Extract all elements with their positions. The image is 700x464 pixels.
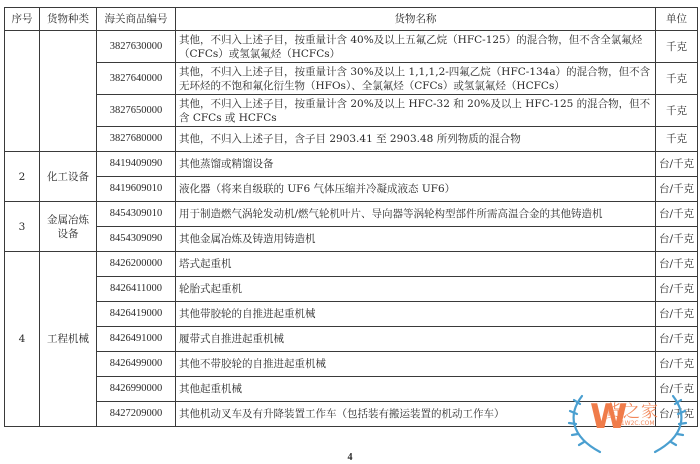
code-cell: 8454309090 xyxy=(97,227,176,252)
header-category: 货物种类 xyxy=(40,8,97,31)
name-cell: 用于制造燃气涡轮发动机/燃气轮机叶片、导向器等涡轮构型部件所需高温合金的其他铸造… xyxy=(176,202,656,227)
header-seq: 序号 xyxy=(5,8,40,31)
header-name: 货物名称 xyxy=(176,8,656,31)
code-cell: 8419609010 xyxy=(97,177,176,202)
seq-cell: 2 xyxy=(5,152,40,202)
name-cell: 其他，不归入上述子目，含子目 2903.41 至 2903.48 所列物质的混合… xyxy=(176,127,656,152)
table-row: 8426419000 其他带胶轮的自推进起重机械 台/千克 xyxy=(5,302,698,327)
code-cell: 8426491000 xyxy=(97,327,176,352)
code-cell: 8426499000 xyxy=(97,352,176,377)
table-row: 8426990000 其他起重机械 台/千克 xyxy=(5,377,698,402)
unit-cell: 台/千克 xyxy=(656,302,698,327)
header-unit: 单位 xyxy=(656,8,698,31)
page-number: 4 xyxy=(0,452,700,463)
unit-cell: 台/千克 xyxy=(656,327,698,352)
table-row: 8427209000 其他机动叉车及有升降装置工作车（包括装有搬运装置的机动工作… xyxy=(5,402,698,427)
name-cell: 其他，不归入上述子目，按重量计含 20%及以上 HFC-32 和 20%及以上 … xyxy=(176,95,656,127)
code-cell: 3827650000 xyxy=(97,95,176,127)
name-cell: 其他机动叉车及有升降装置工作车（包括装有搬运装置的机动工作车） xyxy=(176,402,656,427)
unit-cell: 千克 xyxy=(656,95,698,127)
table-row: 8419609010 液化器（将来自级联的 UF6 气体压缩并冷凝成液态 UF6… xyxy=(5,177,698,202)
code-cell: 8426411000 xyxy=(97,277,176,302)
name-cell: 履带式自推进起重机械 xyxy=(176,327,656,352)
goods-table: 序号 货物种类 海关商品编号 货物名称 单位 3827630000 其他，不归入… xyxy=(4,7,698,427)
code-cell: 3827640000 xyxy=(97,63,176,95)
table-row: 8426491000 履带式自推进起重机械 台/千克 xyxy=(5,327,698,352)
table-row: 3827640000 其他，不归入上述子目，按重量计含 30%及以上 1,1,1… xyxy=(5,63,698,95)
name-cell: 其他，不归入上述子目，按重量计含 40%及以上五氟乙烷（HFC-125）的混合物… xyxy=(176,31,656,63)
code-cell: 8427209000 xyxy=(97,402,176,427)
category-cell xyxy=(40,31,97,152)
table-row: 4 工程机械 8426200000 塔式起重机 台/千克 xyxy=(5,252,698,277)
unit-cell: 台/千克 xyxy=(656,402,698,427)
unit-cell: 台/千克 xyxy=(656,252,698,277)
name-cell: 其他带胶轮的自推进起重机械 xyxy=(176,302,656,327)
unit-cell: 台/千克 xyxy=(656,152,698,177)
unit-cell: 千克 xyxy=(656,63,698,95)
code-cell: 8419409090 xyxy=(97,152,176,177)
unit-cell: 千克 xyxy=(656,31,698,63)
header-row: 序号 货物种类 海关商品编号 货物名称 单位 xyxy=(5,8,698,31)
watermark-brand: 货之家 xyxy=(605,397,659,422)
name-cell: 其他金属冶炼及铸造用铸造机 xyxy=(176,227,656,252)
name-cell: 轮胎式起重机 xyxy=(176,277,656,302)
table-row: 8454309090 其他金属冶炼及铸造用铸造机 台/千克 xyxy=(5,227,698,252)
seq-cell xyxy=(5,31,40,152)
table-row: 8426499000 其他不带胶轮的自推进起重机械 台/千克 xyxy=(5,352,698,377)
table-row: 3827680000 其他，不归入上述子目，含子目 2903.41 至 2903… xyxy=(5,127,698,152)
category-cell: 化工设备 xyxy=(40,152,97,202)
unit-cell: 台/千克 xyxy=(656,277,698,302)
code-cell: 8426419000 xyxy=(97,302,176,327)
category-cell: 金属冶炼设备 xyxy=(40,202,97,252)
watermark-url: 51W2C.COM xyxy=(617,420,655,427)
unit-cell: 台/千克 xyxy=(656,177,698,202)
header-code: 海关商品编号 xyxy=(97,8,176,31)
unit-cell: 台/千克 xyxy=(656,352,698,377)
name-cell: 其他不带胶轮的自推进起重机械 xyxy=(176,352,656,377)
seq-cell: 3 xyxy=(5,202,40,252)
table-row: 3827650000 其他，不归入上述子目，按重量计含 20%及以上 HFC-3… xyxy=(5,95,698,127)
name-cell: 其他起重机械 xyxy=(176,377,656,402)
code-cell: 8426200000 xyxy=(97,252,176,277)
table-row: 8426411000 轮胎式起重机 台/千克 xyxy=(5,277,698,302)
code-cell: 8426990000 xyxy=(97,377,176,402)
table-row: 3827630000 其他，不归入上述子目，按重量计含 40%及以上五氟乙烷（H… xyxy=(5,31,698,63)
unit-cell: 台/千克 xyxy=(656,202,698,227)
name-cell: 塔式起重机 xyxy=(176,252,656,277)
table-row: 2 化工设备 8419409090 其他蒸馏或精馏设备 台/千克 xyxy=(5,152,698,177)
seq-cell: 4 xyxy=(5,252,40,427)
code-cell: 3827630000 xyxy=(97,31,176,63)
name-cell: 液化器（将来自级联的 UF6 气体压缩并冷凝成液态 UF6） xyxy=(176,177,656,202)
unit-cell: 台/千克 xyxy=(656,227,698,252)
code-cell: 8454309010 xyxy=(97,202,176,227)
category-cell: 工程机械 xyxy=(40,252,97,427)
code-cell: 3827680000 xyxy=(97,127,176,152)
table-row: 3 金属冶炼设备 8454309010 用于制造燃气涡轮发动机/燃气轮机叶片、导… xyxy=(5,202,698,227)
name-cell: 其他蒸馏或精馏设备 xyxy=(176,152,656,177)
unit-cell: 千克 xyxy=(656,127,698,152)
unit-cell: 台/千克 xyxy=(656,377,698,402)
name-cell: 其他，不归入上述子目，按重量计含 30%及以上 1,1,1,2-四氟乙烷（HFC… xyxy=(176,63,656,95)
